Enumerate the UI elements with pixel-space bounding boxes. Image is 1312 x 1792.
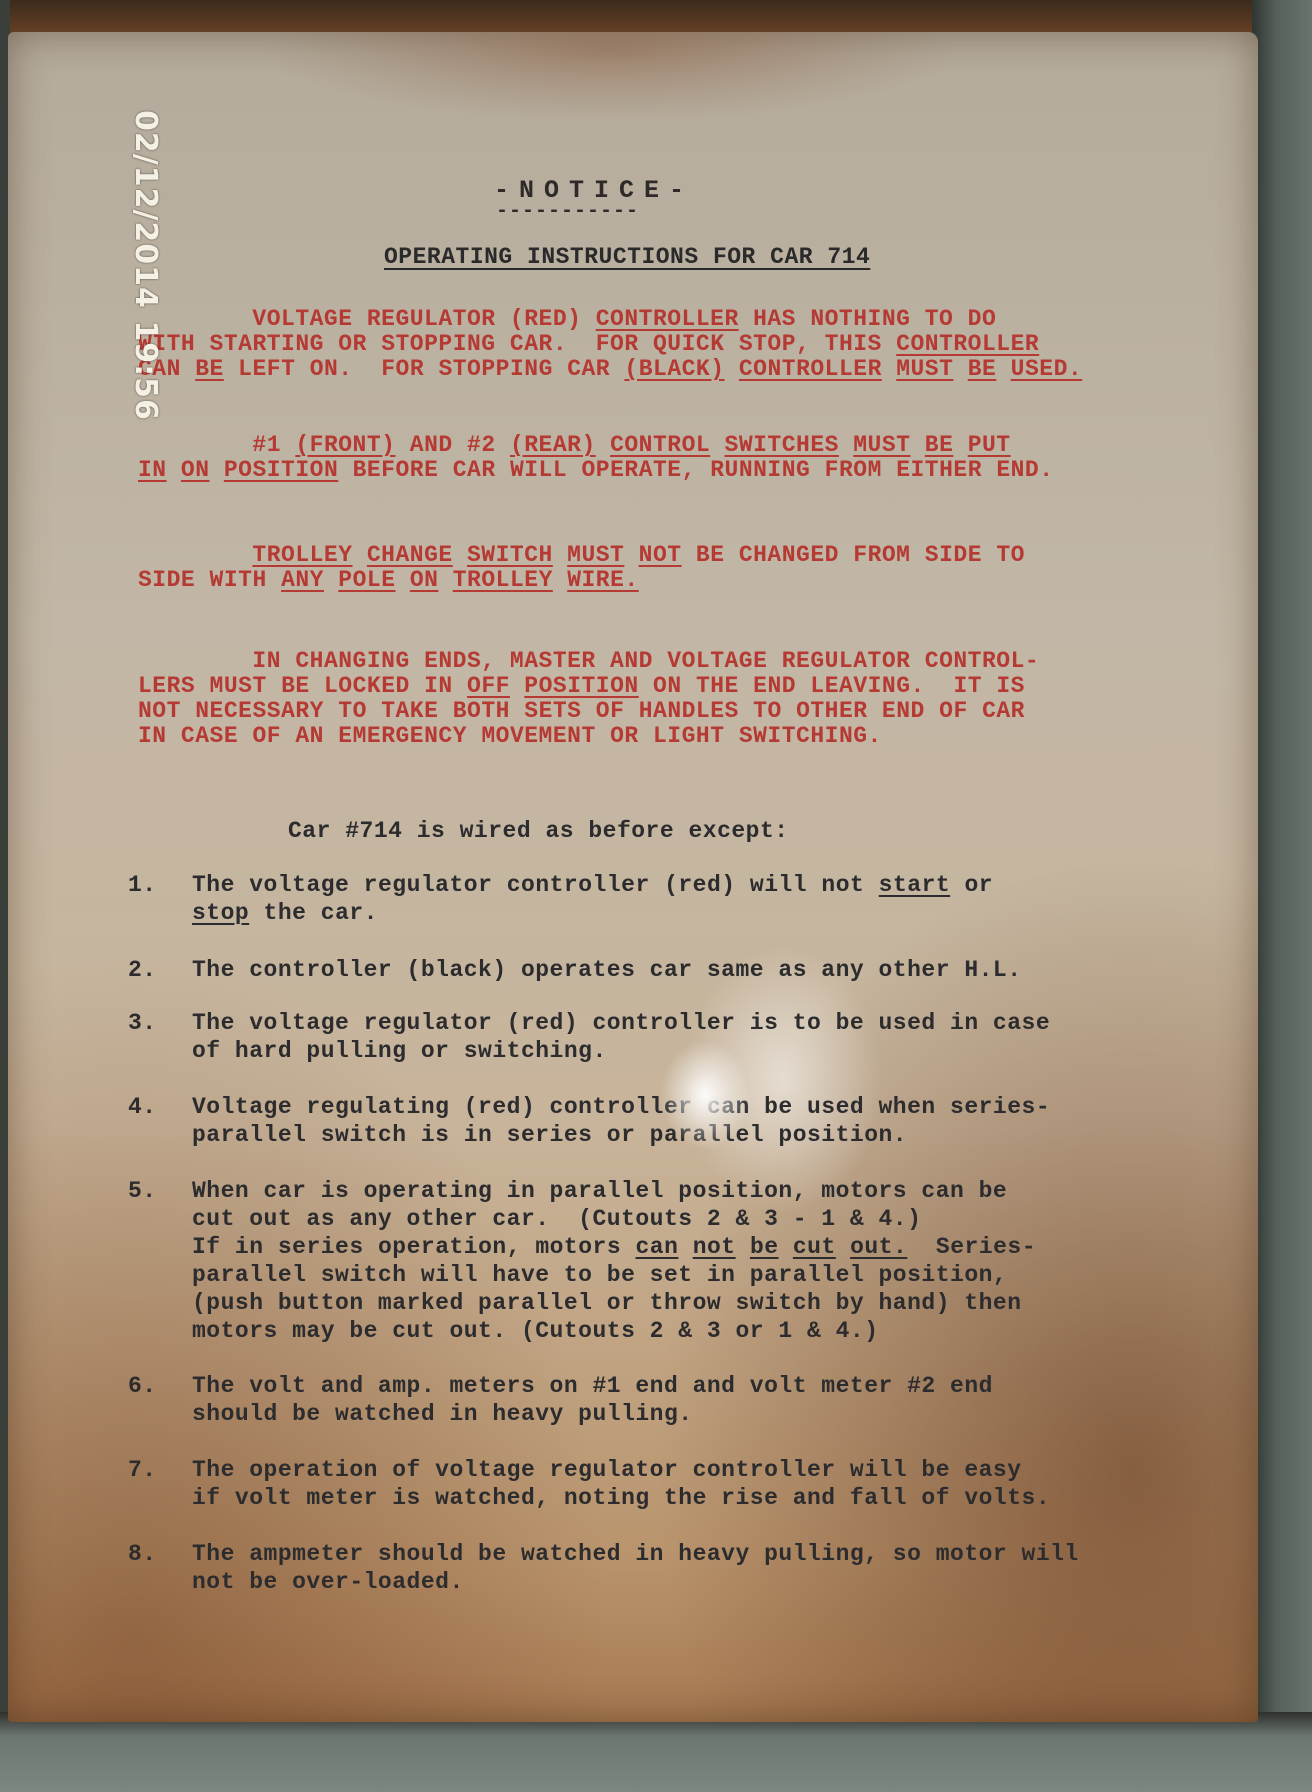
list-item-line: parallel switch is in series or parallel… [192,1122,907,1148]
red-paragraph-line: #1 (FRONT) AND #2 (REAR) CONTROL SWITCHE… [138,432,1011,458]
list-item-line: Voltage regulating (red) controller can … [192,1094,1050,1120]
list-item-number: 3. [128,1010,157,1036]
list-item-line: The operation of voltage regulator contr… [192,1457,1022,1483]
list-item-line: The voltage regulator controller (red) w… [192,872,993,898]
list-item-line: if volt meter is watched, noting the ris… [192,1485,1050,1511]
list-item-line: When car is operating in parallel positi… [192,1178,1007,1204]
red-paragraph-line: IN ON POSITION BEFORE CAR WILL OPERATE, … [138,457,1054,483]
notice-document: -NOTICE- ----------- OPERATING INSTRUCTI… [0,0,1312,1792]
list-item-line: (push button marked parallel or throw sw… [192,1290,1022,1316]
red-paragraph-line: WITH STARTING OR STOPPING CAR. FOR QUICK… [138,331,1039,357]
photo-timestamp: 02/12/2014 19:56 [128,110,163,421]
list-item-line: should be watched in heavy pulling. [192,1401,693,1427]
red-paragraph-line: CAN BE LEFT ON. FOR STOPPING CAR (BLACK)… [138,356,1082,382]
list-item-number: 7. [128,1457,157,1483]
red-paragraph-line: TROLLEY CHANGE SWITCH MUST NOT BE CHANGE… [138,542,1025,568]
list-item-line: The volt and amp. meters on #1 end and v… [192,1373,993,1399]
list-item-number: 4. [128,1094,157,1120]
list-item-number: 2. [128,957,157,983]
notice-title-rule: ----------- [496,200,639,223]
list-item-number: 5. [128,1178,157,1204]
list-item-line: stop the car. [192,900,378,926]
list-item-number: 6. [128,1373,157,1399]
list-item-number: 8. [128,1541,157,1567]
list-item-line: If in series operation, motors can not b… [192,1234,1036,1260]
list-item-line: The ampmeter should be watched in heavy … [192,1541,1079,1567]
red-paragraph-line: LERS MUST BE LOCKED IN OFF POSITION ON T… [138,673,1025,699]
list-item-line: parallel switch will have to be set in p… [192,1262,1007,1288]
list-item-line: The voltage regulator (red) controller i… [192,1010,1050,1036]
list-item-line: not be over-loaded. [192,1569,464,1595]
red-paragraph-line: IN CHANGING ENDS, MASTER AND VOLTAGE REG… [138,648,1039,674]
list-item-line: motors may be cut out. (Cutouts 2 & 3 or… [192,1318,879,1344]
list-item-line: cut out as any other car. (Cutouts 2 & 3… [192,1206,921,1232]
list-item-line: of hard pulling or switching. [192,1038,607,1064]
red-paragraph-line: VOLTAGE REGULATOR (RED) CONTROLLER HAS N… [138,306,996,332]
intro-line: Car #714 is wired as before except: [288,818,789,844]
list-item-line: The controller (black) operates car same… [192,957,1022,983]
page-heading: OPERATING INSTRUCTIONS FOR CAR 714 [384,244,870,270]
red-paragraph-line: IN CASE OF AN EMERGENCY MOVEMENT OR LIGH… [138,723,882,749]
red-paragraph-line: SIDE WITH ANY POLE ON TROLLEY WIRE. [138,567,639,593]
red-paragraph-line: NOT NECESSARY TO TAKE BOTH SETS OF HANDL… [138,698,1025,724]
list-item-number: 1. [128,872,157,898]
